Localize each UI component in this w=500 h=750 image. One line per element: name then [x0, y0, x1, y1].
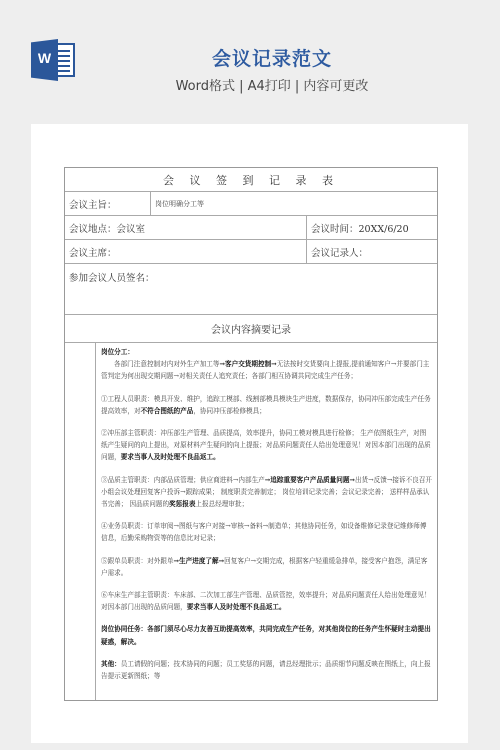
page-subtitle: Word格式 | A4打印 | 内容可更改: [150, 75, 394, 94]
section-job-division: 岗位分工： 各部门注意控制对内对外生产加工等→客户交货期控制→无法按时交货要向上…: [101, 346, 432, 383]
section-stamping: ②冲压部主管职责：冲压部生产管理、品质提高，效率提升，协同工模对模具进行检修； …: [101, 427, 432, 464]
section-other: 其他：员工请假的问题；技术协同的问题；员工奖惩的问题，请总经理批示；品质细节问题…: [101, 658, 432, 682]
page-title: 会议记录范文: [150, 44, 394, 71]
summary-title: 会议内容摘要记录: [65, 315, 437, 342]
section-quality: ③品质主管职责：内部品质管理；供应商进料→内部生产→追踪重要客户产品质量问题→出…: [101, 474, 432, 511]
summary-content: 岗位分工： 各部门注意控制对内对外生产加工等→客户交货期控制→无法按时交货要向上…: [65, 343, 437, 700]
theme-value: 岗位明确分工等: [151, 192, 437, 215]
section-collaboration: 岗位协同任务：各部门须尽心尽力友善互助提高效率，共同完成生产任务，对其他岗位的任…: [101, 623, 432, 647]
section-engineering: ①工程人员职责：模具开发、维护，追踪工模部、线割部模具模块生产进度，数据保存，协…: [101, 393, 432, 417]
chair-field: 会议主席：: [65, 240, 307, 263]
word-letter: W: [34, 50, 55, 66]
section-sales: ④业务员职责：订单审阅→图纸与客户对接→审核→备料→制造单；其他协同任务，如设备…: [101, 520, 432, 544]
attendees-signature-field: 参加会议人员签名：: [65, 264, 437, 314]
meeting-sign-in-table: 会 议 签 到 记 录 表 会议主旨： 岗位明确分工等 会议地点：会议室 会议时…: [64, 167, 438, 701]
location-field: 会议地点：会议室: [65, 216, 307, 239]
document-page: 会 议 签 到 记 录 表 会议主旨： 岗位明确分工等 会议地点：会议室 会议时…: [31, 124, 468, 743]
word-icon: W: [31, 39, 77, 81]
table-title: 会 议 签 到 记 录 表: [65, 168, 437, 191]
section-lathe: ⑥车床生产部主管职责：车床部、二次加工部生产管理、品质管控，效率提升；对品质问题…: [101, 589, 432, 613]
theme-label: 会议主旨：: [65, 192, 151, 215]
section-merchandiser: ⑤跟单员职责：对外跟单→生产进度了解→回复客户→交期完成，根据客户轻重缓急排单，…: [101, 555, 432, 579]
recorder-field: 会议记录人：: [307, 240, 437, 263]
time-field: 会议时间：20XX/6/20: [307, 216, 437, 239]
